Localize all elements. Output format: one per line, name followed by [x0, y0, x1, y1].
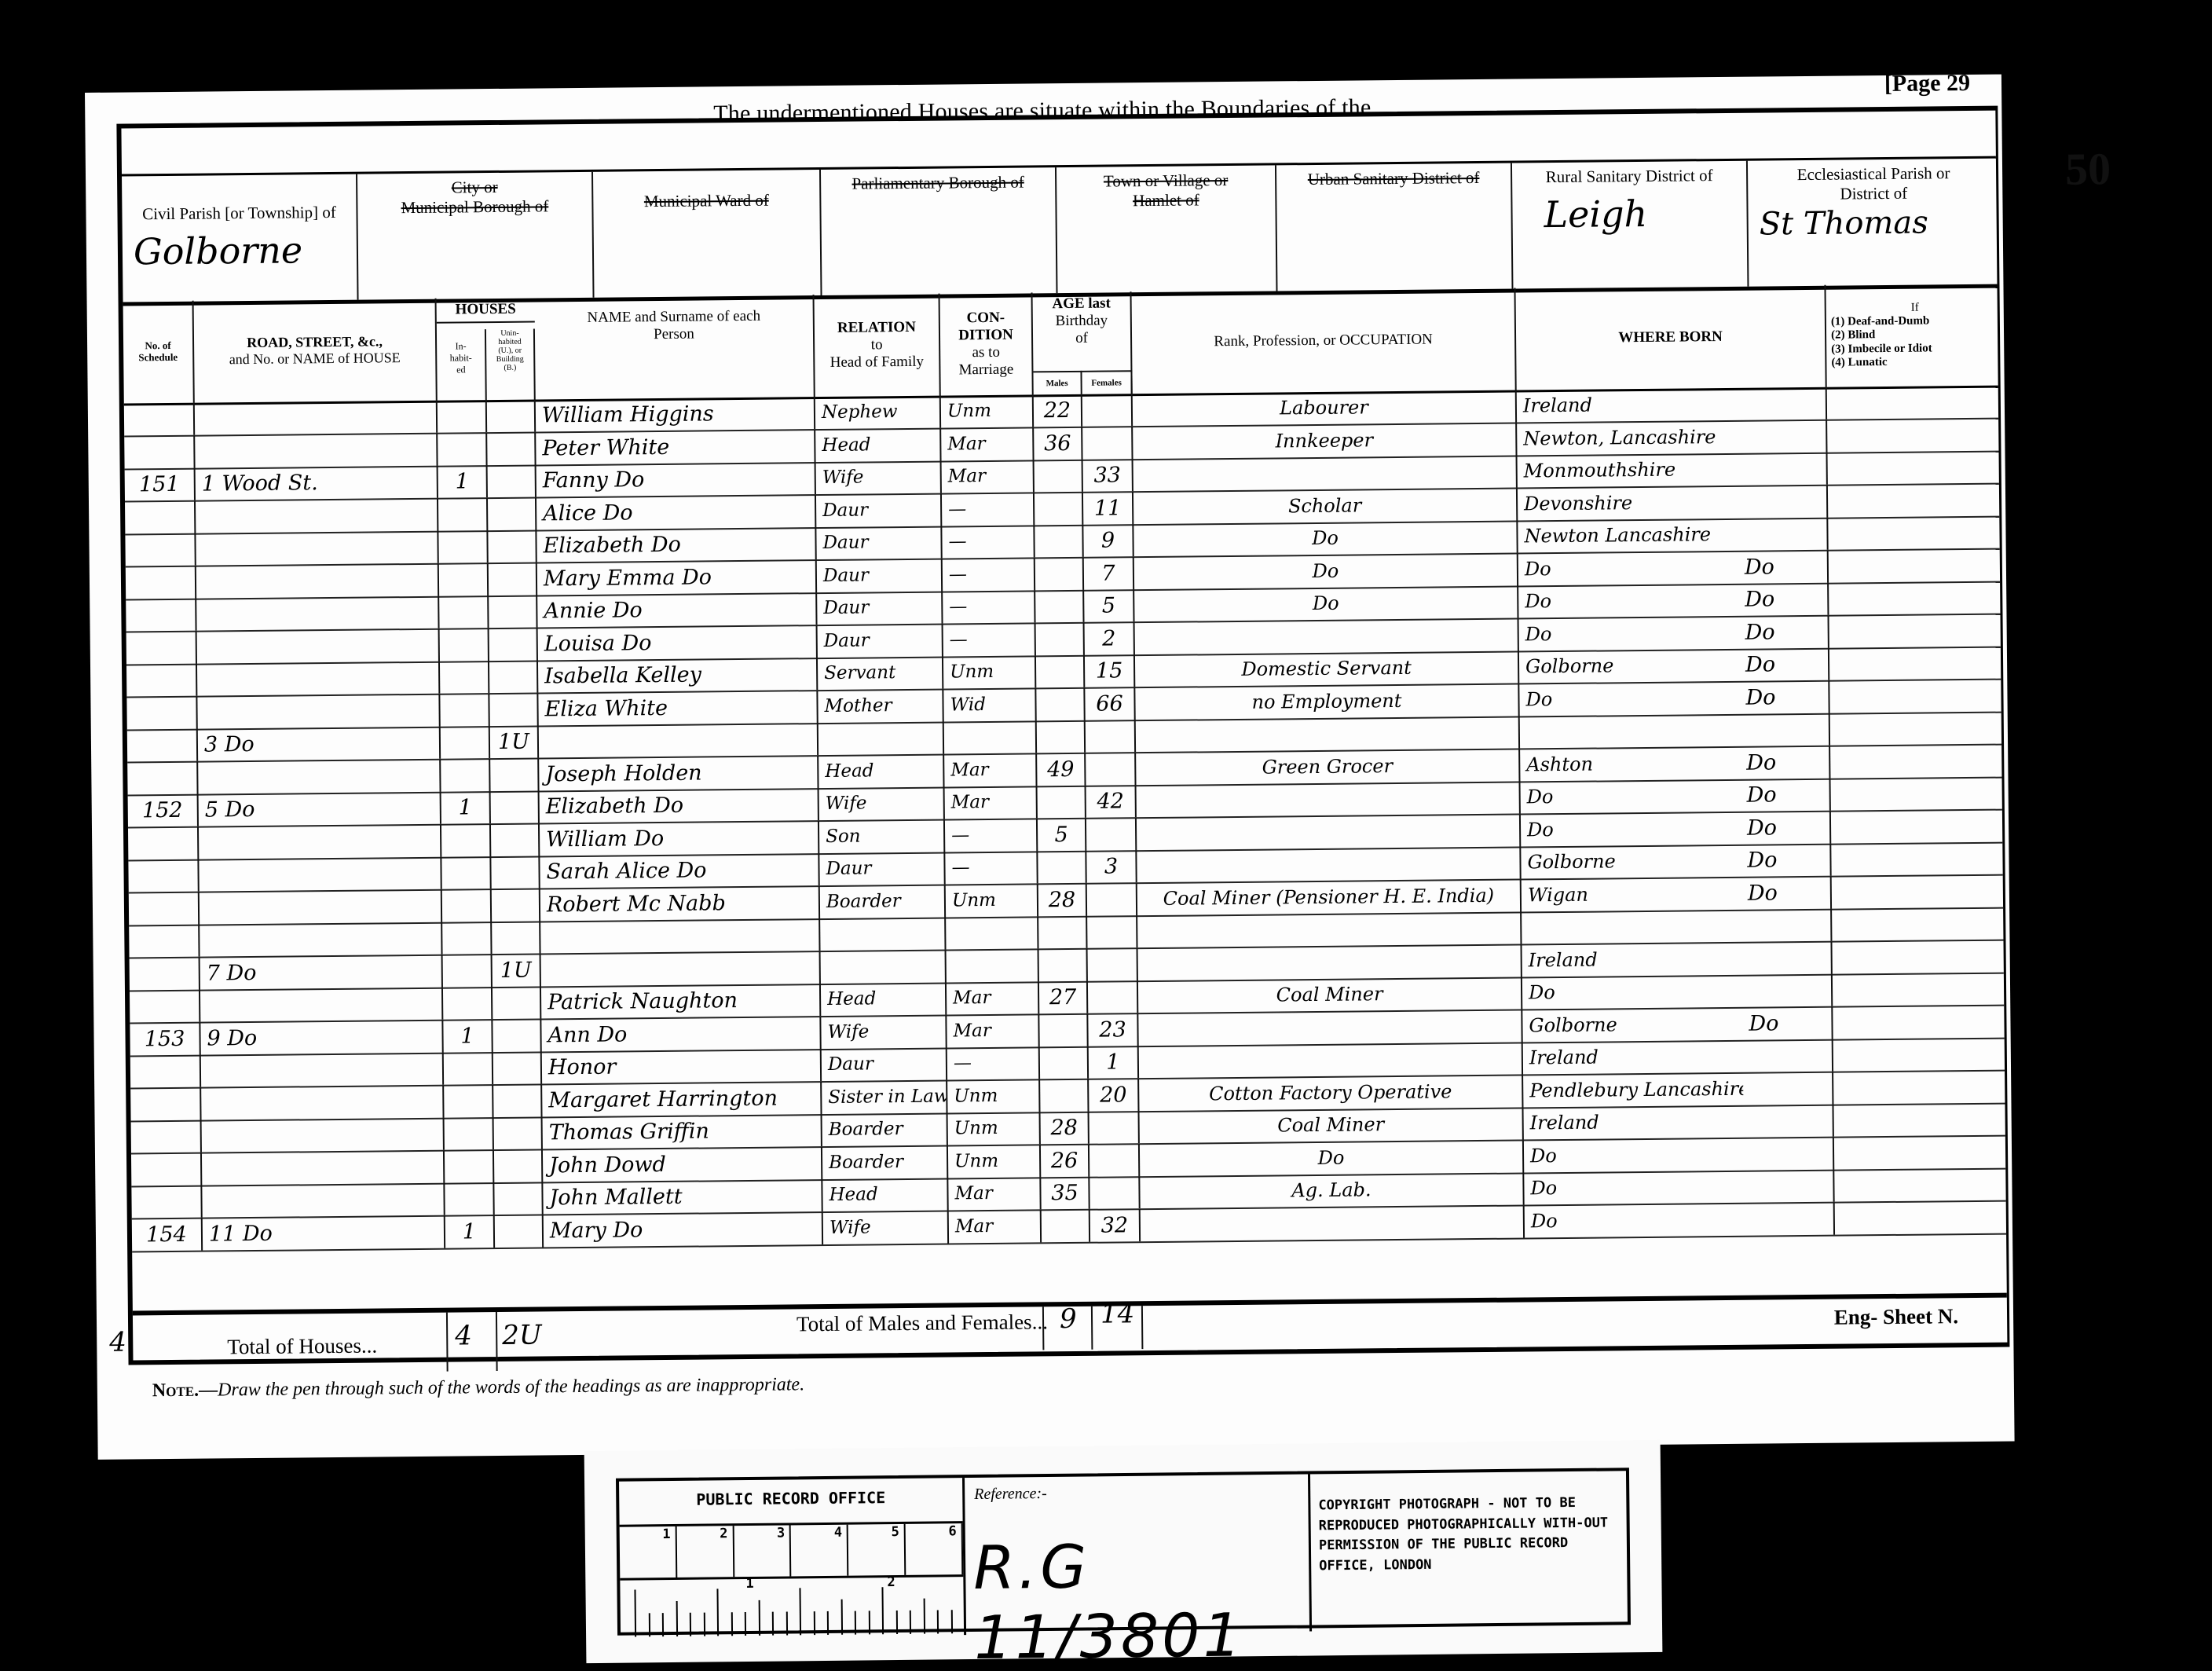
cell-female-age: [1086, 753, 1136, 786]
census-page: The undermentioned Houses are situate wi…: [85, 75, 2015, 1460]
cell-uninhabited: [492, 889, 540, 922]
cell-schedule: [125, 500, 196, 533]
cell-born: Do: [1518, 584, 1738, 618]
cell-male-age: [1037, 720, 1086, 753]
cell-relation: Daur: [818, 624, 943, 658]
cell-name: William Do: [540, 821, 819, 856]
header-line: (3) Imbecile or Idiot: [1831, 341, 1999, 356]
cell-uninhabited: [489, 693, 538, 726]
boundary-label-line1: Ecclesiastical Parish or: [1748, 163, 1999, 185]
header-road: ROAD, STREET, &c., and No. or NAME of HO…: [194, 299, 438, 403]
cell-uninhabited: [493, 1084, 542, 1117]
boundary-rural-sanitary: Rural Sanitary District of Leigh: [1512, 161, 1749, 289]
ruler-tick: [895, 1611, 897, 1634]
cell-name: Fanny Do: [537, 462, 816, 497]
cell-schedule: 154: [132, 1218, 203, 1251]
cell-road: [197, 694, 440, 728]
cell-inhabited: [438, 498, 488, 531]
cell-relation: Boarder: [820, 885, 946, 918]
cell-condition: [946, 916, 1038, 949]
ruler-tick: [840, 1600, 842, 1635]
cell-name: Sarah Alice Do: [540, 853, 819, 888]
cell-relation: [821, 950, 947, 984]
cell-born2: Do: [1739, 680, 1829, 713]
cell-name: Honor: [542, 1049, 822, 1083]
cell-road: [195, 433, 438, 467]
page-number: [Page 29: [1884, 70, 1970, 97]
cell-uninhabited: [487, 432, 536, 465]
ruler-tick: [910, 1611, 911, 1634]
header-line: In-: [437, 340, 485, 353]
ruler-tick: [662, 1613, 664, 1636]
cell-name: Robert Mc Nabb: [540, 886, 820, 921]
header-line: CON-: [940, 310, 1031, 328]
header-line: to: [815, 336, 939, 354]
cell-inhabited: [441, 824, 491, 857]
cell-condition: —: [942, 525, 1035, 558]
cell-female-age: 15: [1085, 654, 1135, 687]
boundary-municipal-borough: City or Municipal Borough of: [357, 172, 595, 300]
cell-occupation: [1133, 456, 1518, 492]
header-males: Males: [1033, 371, 1082, 395]
cell-road: [200, 922, 442, 957]
cell-occupation: [1141, 1205, 1525, 1241]
cell-condition: Unm: [948, 1112, 1041, 1145]
ruler-tick: [745, 1612, 746, 1636]
cell-born2: [1738, 453, 1828, 486]
ruler-tick-label: 3: [734, 1525, 792, 1577]
cell-male-age: 49: [1037, 753, 1086, 786]
cell-relation: Head: [819, 754, 944, 788]
cell-occupation: [1137, 814, 1521, 850]
header-line: AGE last: [1033, 295, 1130, 313]
header-line: ROAD, STREET, &c.,: [194, 333, 435, 352]
cell-occupation: Ag. Lab.: [1140, 1172, 1524, 1208]
cell-occupation: [1138, 944, 1522, 980]
cell-condition: —: [947, 1046, 1040, 1079]
reference-card: PUBLIC RECORD OFFICE 1 2 3 4 5 6 1 2 Ref…: [584, 1440, 1663, 1663]
cell-occupation: Do: [1134, 586, 1518, 622]
ruler-tick: [827, 1611, 829, 1635]
cell-born: Ireland: [1523, 1040, 1743, 1075]
cell-born: Do: [1524, 1138, 1744, 1172]
cell-name: Eliza White: [538, 691, 818, 725]
cell-female-age: 3: [1086, 850, 1137, 883]
ruler-tick: [855, 1611, 856, 1635]
cell-female-age: [1088, 980, 1138, 1013]
cell-condition: [944, 720, 1037, 753]
cell-occupation: Scholar: [1133, 488, 1518, 524]
cell-uninhabited: [489, 562, 537, 595]
cell-road: [202, 1183, 445, 1218]
header-line: ed: [437, 364, 485, 376]
cell-born2: [1740, 713, 1830, 746]
cell-male-age: [1039, 1013, 1088, 1046]
cell-male-age: [1038, 916, 1087, 949]
cell-schedule: 151: [125, 468, 196, 501]
cell-occupation: [1137, 781, 1521, 817]
cell-road: [202, 1118, 445, 1152]
boundary-urban-sanitary: Urban Sanitary District of: [1276, 163, 1514, 291]
cell-uninhabited: [488, 497, 537, 530]
cell-name: Alice Do: [537, 495, 816, 530]
cell-schedule: [126, 599, 196, 632]
cell-infirmity: [1833, 1005, 2005, 1039]
cell-uninhabited: [489, 660, 538, 693]
cell-infirmity: [1831, 809, 2004, 843]
cell-born2: Do: [1738, 615, 1829, 648]
cell-name: John Mallett: [543, 1179, 822, 1214]
header-schedule: No. of Schedule: [123, 301, 195, 404]
cell-born: Do: [1518, 551, 1738, 585]
boundary-label: Rural Sanitary District of: [1512, 166, 1746, 188]
census-form-frame: Civil Parish [or Township] of Golborne C…: [116, 106, 2009, 1365]
cell-relation: Nephew: [815, 396, 941, 430]
boundary-ecclesiastical-parish: Ecclesiastical Parish or District of St …: [1748, 159, 2001, 287]
cell-schedule: [126, 566, 196, 599]
cell-uninhabited: [490, 758, 539, 791]
header-condition: CON- DITION as to Marriage: [940, 292, 1034, 395]
cell-born: Ireland: [1517, 388, 1737, 423]
cell-schedule: [129, 925, 200, 958]
cell-born: Do: [1524, 1171, 1744, 1205]
cell-occupation: Innkeeper: [1133, 423, 1517, 459]
cell-born2: [1737, 420, 1827, 453]
cell-occupation: Do: [1134, 553, 1518, 589]
cell-uninhabited: [488, 530, 537, 563]
cell-female-age: [1090, 1111, 1140, 1144]
cell-relation: Daur: [816, 493, 942, 527]
cell-uninhabited: [491, 856, 540, 889]
cell-male-age: [1038, 851, 1086, 884]
cell-relation: Head: [822, 1178, 948, 1212]
cell-uninhabited: [492, 921, 540, 954]
header-line: Unin-: [486, 329, 533, 339]
cell-occupation: Coal Miner: [1138, 977, 1522, 1013]
cell-name: Margaret Harrington: [542, 1082, 822, 1116]
header-line: (1) Deaf-and-Dumb: [1831, 314, 1999, 329]
cell-road: [201, 1085, 444, 1119]
cell-female-age: 5: [1084, 589, 1134, 622]
cell-uninhabited: [493, 986, 541, 1019]
ruler-tick: [716, 1589, 719, 1636]
cell-occupation: Green Grocer: [1136, 749, 1520, 785]
divider: [1091, 1306, 1093, 1350]
cell-infirmity: [1831, 842, 2004, 876]
footnote-text: Draw the pen through such of the words o…: [218, 1374, 804, 1400]
header-line: Birthday: [1033, 312, 1130, 330]
total-persons-label: Total of Males and Females...: [797, 1310, 1048, 1336]
ruler-tick-label: 1: [620, 1526, 678, 1578]
cell-condition: Mar: [949, 1210, 1042, 1243]
ruler-tick-label: 2: [887, 1574, 895, 1590]
cell-schedule: [130, 1055, 201, 1088]
cell-infirmity: [1827, 418, 2000, 452]
cell-inhabited: [441, 759, 490, 792]
cell-road: [200, 889, 442, 924]
ruler-tick-label: 1: [745, 1576, 753, 1592]
cell-uninhabited: [494, 1116, 543, 1149]
ruler-tick-label: 5: [848, 1524, 906, 1576]
header-line: Head of Family: [815, 354, 939, 372]
cell-male-age: [1036, 687, 1085, 720]
cell-born2: [1738, 485, 1828, 518]
cell-schedule: [127, 761, 198, 794]
cell-male-age: [1038, 786, 1086, 819]
cell-schedule: [130, 957, 200, 990]
cell-road: [199, 857, 441, 892]
cell-relation: Boarder: [822, 1113, 948, 1147]
boundary-label-line1: Town or Village or: [1057, 170, 1275, 192]
cell-occupation: Coal Miner: [1140, 1107, 1524, 1143]
cell-road: [197, 661, 440, 696]
ruler-tick: [731, 1612, 732, 1636]
cell-schedule: [124, 403, 195, 436]
divider: [496, 1312, 498, 1371]
cell-occupation: [1136, 716, 1520, 753]
cell-occupation: Labourer: [1133, 390, 1517, 427]
cell-born2: [1743, 1039, 1833, 1072]
cell-road: 7 Do: [200, 955, 443, 989]
cell-infirmity: [1833, 973, 2005, 1006]
cell-name: Mary Emma Do: [537, 560, 817, 595]
cell-male-age: [1035, 557, 1084, 590]
header-inhabited: In- habit- ed: [437, 329, 487, 401]
cell-inhabited: [445, 1150, 494, 1183]
cell-inhabited: [440, 661, 489, 694]
cell-relation: Daur: [816, 526, 942, 560]
cell-occupation: [1135, 618, 1519, 654]
cell-name: John Dowd: [543, 1147, 822, 1182]
cell-relation: Head: [821, 983, 947, 1017]
cell-uninhabited: [489, 595, 537, 628]
cell-born: Do: [1520, 779, 1740, 814]
cell-female-age: [1087, 883, 1137, 916]
header-line: (B.): [486, 364, 533, 373]
cell-road: 3 Do: [198, 727, 441, 761]
cell-condition: Mar: [948, 1177, 1041, 1210]
total-males: 9: [1060, 1303, 1077, 1335]
cell-uninhabited: [495, 1215, 544, 1248]
cell-born2: [1741, 941, 1832, 974]
cell-inhabited: [445, 1182, 494, 1215]
cell-name: [540, 918, 820, 953]
cell-female-age: 23: [1088, 1013, 1138, 1046]
cell-female-age: 2: [1085, 622, 1135, 655]
cell-female-age: [1087, 915, 1137, 948]
office-name: PUBLIC RECORD OFFICE: [619, 1487, 962, 1510]
header-line: Person: [535, 324, 813, 344]
cell-road: [201, 1053, 444, 1087]
cell-inhabited: 1: [445, 1215, 495, 1248]
cell-infirmity: [1832, 907, 2005, 941]
cell-uninhabited: [487, 400, 536, 433]
cell-inhabited: [444, 1052, 493, 1085]
cell-born: Devonshire: [1518, 486, 1738, 520]
cell-occupation: Cotton Factory Operative: [1139, 1075, 1523, 1111]
cell-infirmity: [1832, 940, 2005, 973]
cell-born2: [1744, 1170, 1834, 1203]
ruler-tick: [813, 1611, 815, 1635]
cell-infirmity: [1832, 874, 2005, 908]
cell-inhabited: [438, 530, 488, 563]
cell-born: [1520, 714, 1740, 749]
cell-relation: [820, 918, 946, 951]
cell-born2: Do: [1738, 550, 1829, 583]
cell-name: Peter White: [536, 430, 815, 464]
cell-road: [202, 1150, 445, 1185]
cell-road: [199, 824, 441, 859]
cell-road: [196, 596, 439, 631]
cell-schedule: 152: [128, 794, 199, 827]
cell-name: Elizabeth Do: [537, 527, 816, 562]
boundary-municipal-ward: Municipal Ward of: [593, 170, 822, 298]
cell-name: [541, 951, 821, 986]
header-line: RELATION: [815, 319, 939, 337]
header-occupation: Rank, Profession, or OCCUPATION: [1131, 288, 1516, 394]
cell-relation: Mother: [818, 689, 943, 723]
ruler-tick: [758, 1600, 760, 1636]
cell-inhabited: [441, 726, 490, 759]
cell-born2: [1741, 909, 1832, 942]
cell-name: Joseph Holden: [539, 756, 819, 790]
cell-inhabited: [440, 694, 489, 727]
cell-infirmity: [1835, 1200, 2008, 1234]
cell-condition: Unm: [948, 1145, 1041, 1178]
total-houses-label: Total of Houses...: [227, 1334, 377, 1360]
cell-inhabited: [442, 922, 492, 955]
cell-male-age: [1040, 1046, 1089, 1079]
cell-male-age: 28: [1041, 1112, 1090, 1145]
cell-infirmity: [1830, 712, 2003, 746]
cell-schedule: [127, 729, 198, 762]
cell-inhabited: [438, 400, 487, 433]
header-line: If: [1831, 300, 1999, 315]
cell-born: Newton Lancashire: [1518, 519, 1738, 553]
sheet-label: Eng- Sheet N.: [1834, 1304, 1959, 1330]
cell-female-age: 7: [1084, 557, 1134, 590]
ruler-tick: [799, 1588, 801, 1635]
cell-relation: Wife: [816, 461, 942, 495]
boundary-label: Urban Sanitary District of: [1276, 168, 1511, 190]
cell-occupation: [1137, 846, 1521, 882]
ruler-tick-label: 6: [906, 1523, 964, 1575]
cell-born2: Do: [1741, 876, 1832, 909]
cell-inhabited: [439, 563, 489, 596]
cell-uninhabited: [494, 1182, 543, 1215]
cell-inhabited: [443, 987, 493, 1020]
cell-condition: Wid: [943, 688, 1036, 721]
boundary-label: Civil Parish [or Township] of: [122, 203, 356, 225]
ruler-tick: [950, 1610, 952, 1633]
cell-born2: [1738, 518, 1828, 551]
ruler-tick-label: 2: [676, 1526, 734, 1578]
ruler-tick: [923, 1599, 925, 1634]
cell-female-age: 1: [1089, 1046, 1139, 1079]
cell-born2: Do: [1741, 811, 1831, 844]
cell-name: Isabella Kelley: [538, 658, 818, 692]
cell-male-age: 22: [1034, 394, 1082, 427]
boundary-label: Municipal Ward of: [593, 190, 819, 212]
ruler-tick: [772, 1612, 774, 1636]
cell-female-age: 33: [1083, 459, 1133, 492]
cell-road: [200, 988, 443, 1022]
cell-born: Do: [1522, 975, 1742, 1010]
cell-uninhabited: 1U: [490, 725, 539, 758]
cell-name: [539, 723, 819, 757]
cell-relation: Sister in Law: [822, 1080, 947, 1114]
ruler-tick-label: 4: [791, 1525, 849, 1577]
cell-born2: [1743, 1105, 1833, 1138]
margin-mark: 4: [109, 1327, 126, 1358]
boundary-parliamentary-borough: Parliamentary Borough of: [821, 167, 1058, 295]
cell-born: Monmouthshire: [1518, 453, 1738, 488]
boundary-civil-parish: Civil Parish [or Township] of Golborne: [122, 174, 359, 302]
cell-occupation: [1139, 1042, 1523, 1078]
cell-male-age: [1036, 655, 1085, 688]
cell-road: [197, 628, 440, 663]
cell-condition: Unm: [941, 394, 1034, 427]
cell-relation: Son: [819, 819, 945, 853]
header-uninhabited: Unin- habited (U.), or Building (B.): [486, 329, 536, 401]
cell-schedule: [126, 664, 197, 697]
cell-occupation: Domestic Servant: [1135, 651, 1519, 687]
cell-infirmity: [1833, 1038, 2006, 1072]
cell-inhabited: [441, 856, 491, 889]
cell-male-age: [1035, 590, 1084, 623]
boundary-town-village: Town or Village or Hamlet of: [1057, 165, 1278, 293]
cell-female-age: [1086, 720, 1136, 753]
cell-male-age: [1035, 460, 1083, 493]
cell-schedule: [124, 435, 195, 468]
cell-male-age: [1040, 1079, 1089, 1112]
reference-value: R.G 11/3801: [973, 1530, 1310, 1671]
cell-condition: —: [943, 558, 1035, 591]
totals-row: 4 Total of Houses... 4 2U Total of Males…: [133, 1293, 2008, 1375]
boundary-label-line2: District of: [1748, 183, 1999, 205]
cell-male-age: 36: [1034, 427, 1082, 460]
cell-born: Do: [1521, 812, 1741, 846]
cell-female-age: [1082, 427, 1133, 460]
divider: [1141, 1306, 1144, 1349]
cell-inhabited: [438, 433, 487, 466]
cell-road: [196, 563, 439, 598]
cell-born: Ireland: [1523, 1105, 1743, 1140]
cell-infirmity: [1833, 1103, 2006, 1137]
cell-born2: Do: [1742, 1006, 1833, 1039]
cell-inhabited: [442, 889, 492, 922]
cell-condition: Mar: [944, 753, 1037, 786]
cell-born2: Do: [1740, 779, 1830, 812]
cell-relation: Wife: [823, 1211, 949, 1244]
cell-name: Mary Do: [544, 1212, 823, 1247]
cell-female-age: 20: [1089, 1079, 1139, 1112]
cell-schedule: [129, 892, 200, 925]
ruler-tick: [690, 1613, 691, 1636]
header-relation: RELATION to Head of Family: [815, 294, 941, 398]
header-line: Building: [486, 355, 533, 365]
cell-condition: —: [942, 493, 1035, 526]
cell-schedule: [130, 1087, 201, 1120]
cell-schedule: 153: [130, 1022, 200, 1055]
cell-uninhabited: [491, 823, 540, 856]
total-houses-inhabited: 4: [455, 1320, 472, 1351]
cell-male-age: [1042, 1209, 1090, 1242]
public-record-office-section: PUBLIC RECORD OFFICE 1 2 3 4 5 6 1 2: [619, 1478, 966, 1639]
cell-born: Do: [1519, 681, 1739, 716]
cell-relation: Daur: [817, 559, 943, 592]
header-line: (2) Blind: [1831, 328, 1999, 343]
